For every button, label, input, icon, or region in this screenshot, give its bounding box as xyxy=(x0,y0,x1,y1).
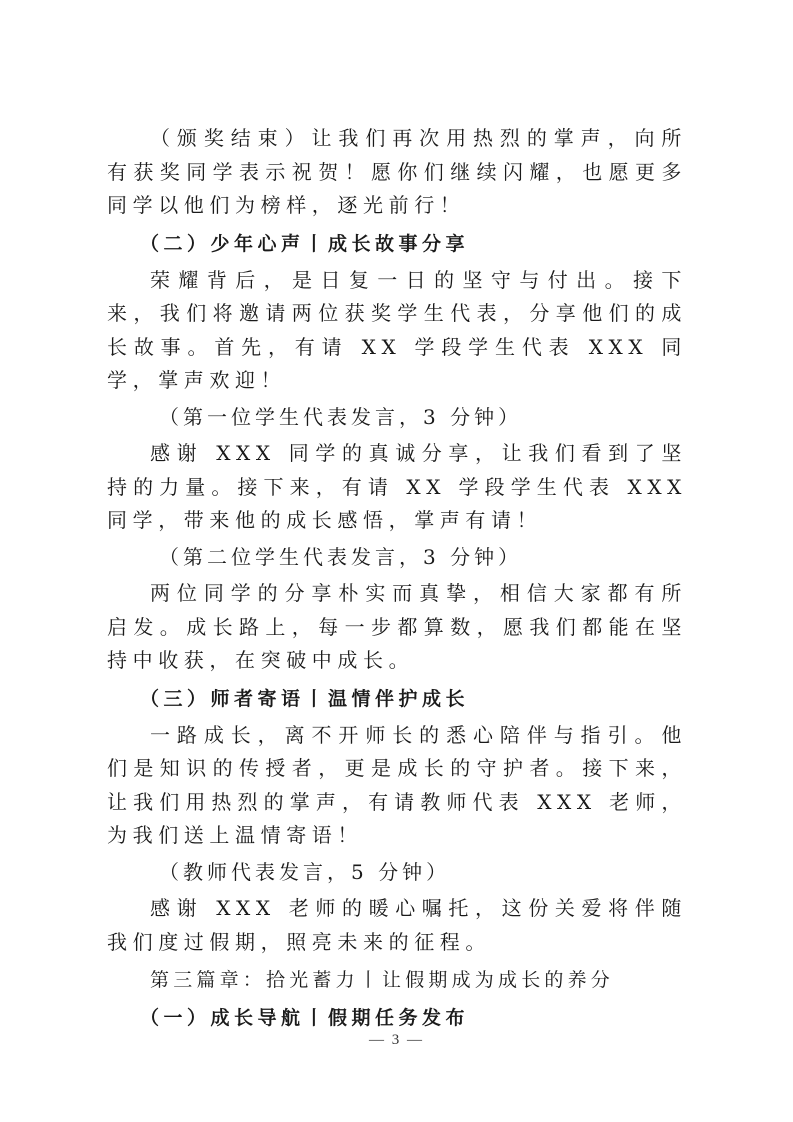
paragraph-award-closing: （颁奖结束）让我们再次用热烈的掌声，向所有获奖同学表示祝贺！愿你们继续闪耀，也愿… xyxy=(107,122,687,223)
page-number: — 3 — xyxy=(0,1032,793,1049)
document-page: （颁奖结束）让我们再次用热烈的掌声，向所有获奖同学表示祝贺！愿你们继续闪耀，也愿… xyxy=(107,122,687,1038)
chapter-heading-three: 第三篇章：拾光蓄力丨让假期成为成长的养分 xyxy=(107,963,687,997)
stage-note-second-student: （第二位学生代表发言，3 分钟） xyxy=(107,541,687,575)
paragraph-invite-teacher: 一路成长，离不开师长的悉心陪伴与指引。他们是知识的传授者，更是成长的守护者。接下… xyxy=(107,719,687,853)
paragraph-invite-students: 荣耀背后，是日复一日的坚守与付出。接下来，我们将邀请两位获奖学生代表，分享他们的… xyxy=(107,264,687,398)
section-heading-student-voices: （二）少年心声丨成长故事分享 xyxy=(107,227,687,261)
section-heading-holiday-tasks: （一）成长导航丨假期任务发布 xyxy=(107,1001,687,1035)
section-heading-teacher-message: （三）师者寄语丨温情伴护成长 xyxy=(107,682,687,716)
paragraph-thanks-first-student: 感谢 XXX 同学的真诚分享，让我们看到了坚持的力量。接下来，有请 XX 学段学… xyxy=(107,437,687,538)
stage-note-teacher: （教师代表发言，5 分钟） xyxy=(107,856,687,890)
paragraph-thanks-teacher: 感谢 XXX 老师的暖心嘱托，这份关爱将伴随我们度过假期，照亮未来的征程。 xyxy=(107,892,687,959)
stage-note-first-student: （第一位学生代表发言，3 分钟） xyxy=(107,401,687,435)
paragraph-thanks-second-student: 两位同学的分享朴实而真挚，相信大家都有所启发。成长路上，每一步都算数，愿我们都能… xyxy=(107,577,687,678)
